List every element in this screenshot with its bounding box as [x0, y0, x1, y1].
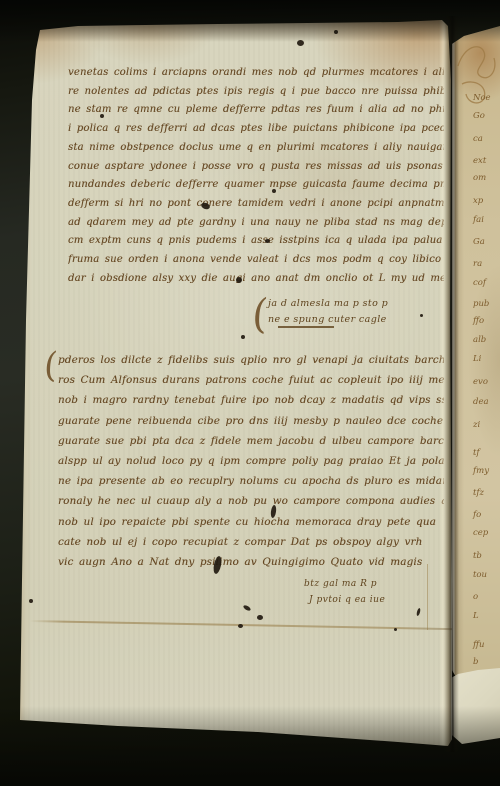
manuscript-line: cm exptm cuns q pnis pudems i asse isstp…: [68, 232, 444, 251]
text-fragment: dea: [473, 397, 489, 407]
text-fragment: tf: [473, 448, 480, 458]
docket-line-1: btz gal ma R p: [304, 576, 454, 592]
docket-line-2: J pvtoi q ea iue: [304, 592, 454, 608]
text-fragment: Go: [473, 111, 485, 121]
manuscript-line: guarate sue pbi pta dca z fidele mem jac…: [58, 431, 444, 451]
paragraph-2: pderos los dilcte z fidelibs suis qplio …: [58, 350, 444, 574]
manuscript-line: fruma sue orden i anona vende valeat i d…: [68, 251, 444, 270]
adjacent-fragments: NoeGocaextomxpfaiGaracofpubffoalbLievode…: [470, 0, 500, 786]
text-fragment: om: [473, 173, 486, 183]
manuscript-line: vic augn Ano a Nat dny psilimo av Quingi…: [58, 552, 444, 572]
text-fragment: ext: [473, 156, 486, 166]
manuscript-line: re nolentes ad pdictas ptes ipis regis q…: [68, 83, 444, 102]
paragraph-bracket-mark: (: [42, 345, 60, 386]
manuscript-line: i polica q res defferri ad dcas ptes lib…: [68, 120, 444, 139]
subscription-line-2: ne e spung cuter cagle: [268, 312, 448, 328]
text-fragment: ca: [473, 134, 483, 144]
paragraph-1: venetas colims i arciapns orandi mes nob…: [68, 64, 444, 290]
manuscript-line: cate nob ul ej i copo recupiat z compar …: [58, 532, 444, 552]
subscription-line-1: ja d almesla ma p sto p: [268, 296, 448, 312]
subscription-underline: [278, 326, 334, 328]
manuscript-line: alspp ul ay nolud loco py q ipm compre p…: [58, 451, 444, 471]
text-fragment: evo: [473, 377, 488, 387]
manuscript-line: ne ipa presente ab eo recuplry nolums cu…: [58, 471, 444, 491]
underlying-page-corner: [444, 666, 500, 744]
text-fragment: ra: [473, 259, 482, 269]
manuscript-line: nob i magro rardny tenebat fuire ipo nob…: [58, 390, 444, 410]
manuscript-line: nundandes deberic defferre quamer mpse g…: [68, 176, 444, 195]
manuscript-line: pderos los dilcte z fidelibs suis qplio …: [58, 350, 444, 370]
text-fragment: cof: [473, 278, 486, 288]
manuscript-line: defferm si hri no pont conere tamidem ve…: [68, 195, 444, 214]
manuscript-line: conue asptare ydonee i posse vro q pusta…: [68, 158, 444, 177]
manuscript-line: ronaly he nec ul cuaup aly a nob pu wo c…: [58, 491, 444, 511]
text-fragment: ffo: [473, 316, 484, 326]
text-fragment: fai: [473, 215, 484, 225]
manuscript-line: ne stam re qmne cu pleme defferre pdtas …: [68, 101, 444, 120]
text-fragment: pub: [473, 299, 489, 309]
manuscript-line: dar i obsdione alsy xxy die augi ano ana…: [68, 270, 444, 289]
text-fragment: L: [473, 611, 479, 621]
text-fragment: tou: [473, 570, 487, 580]
text-fragment: tfz: [473, 488, 484, 498]
manuscript-line: guarate pene reibuenda cibe pro dns iiij…: [58, 411, 444, 431]
text-fragment: Ga: [473, 237, 485, 247]
text-fragment: fo: [473, 510, 481, 520]
text-fragment: fmy: [473, 466, 489, 476]
text-fragment: o: [473, 592, 478, 602]
notarial-subscription: ja d almesla ma p sto p ne e spung cuter…: [268, 296, 448, 327]
text-fragment: ffu: [473, 640, 485, 650]
text-fragment: alb: [473, 335, 486, 345]
docket: btz gal ma R p J pvtoi q ea iue: [304, 576, 454, 608]
manuscript-line: venetas colims i arciapns orandi mes nob…: [68, 64, 444, 83]
text-fragment: tb: [473, 551, 482, 561]
manuscript-line: nob ul ipo repaicte pbi spente cu hiocha…: [58, 512, 444, 532]
photo-stage: NoeGocaextomxpfaiGaracofpubffoalbLievode…: [0, 0, 500, 786]
margin-ruling-line: [427, 564, 428, 630]
text-fragment: Li: [473, 354, 481, 364]
crease-line: [30, 620, 452, 630]
manuscript-line: sta nime obstpence doclus ume q en pluri…: [68, 139, 444, 158]
manuscript-page: venetas colims i arciapns orandi mes nob…: [18, 20, 452, 750]
text-fragment: xp: [473, 196, 483, 206]
text-fragment: cep: [473, 528, 488, 538]
manuscript-line: ros Cum Alfonsus durans patrons coche fu…: [58, 370, 444, 390]
text-fragment: b: [473, 657, 478, 667]
text-fragment: Noe: [473, 93, 491, 103]
text-fragment: zi: [473, 420, 480, 430]
manuscript-line: ad qdarem mey ad pte gardny i una nauy n…: [68, 214, 444, 233]
